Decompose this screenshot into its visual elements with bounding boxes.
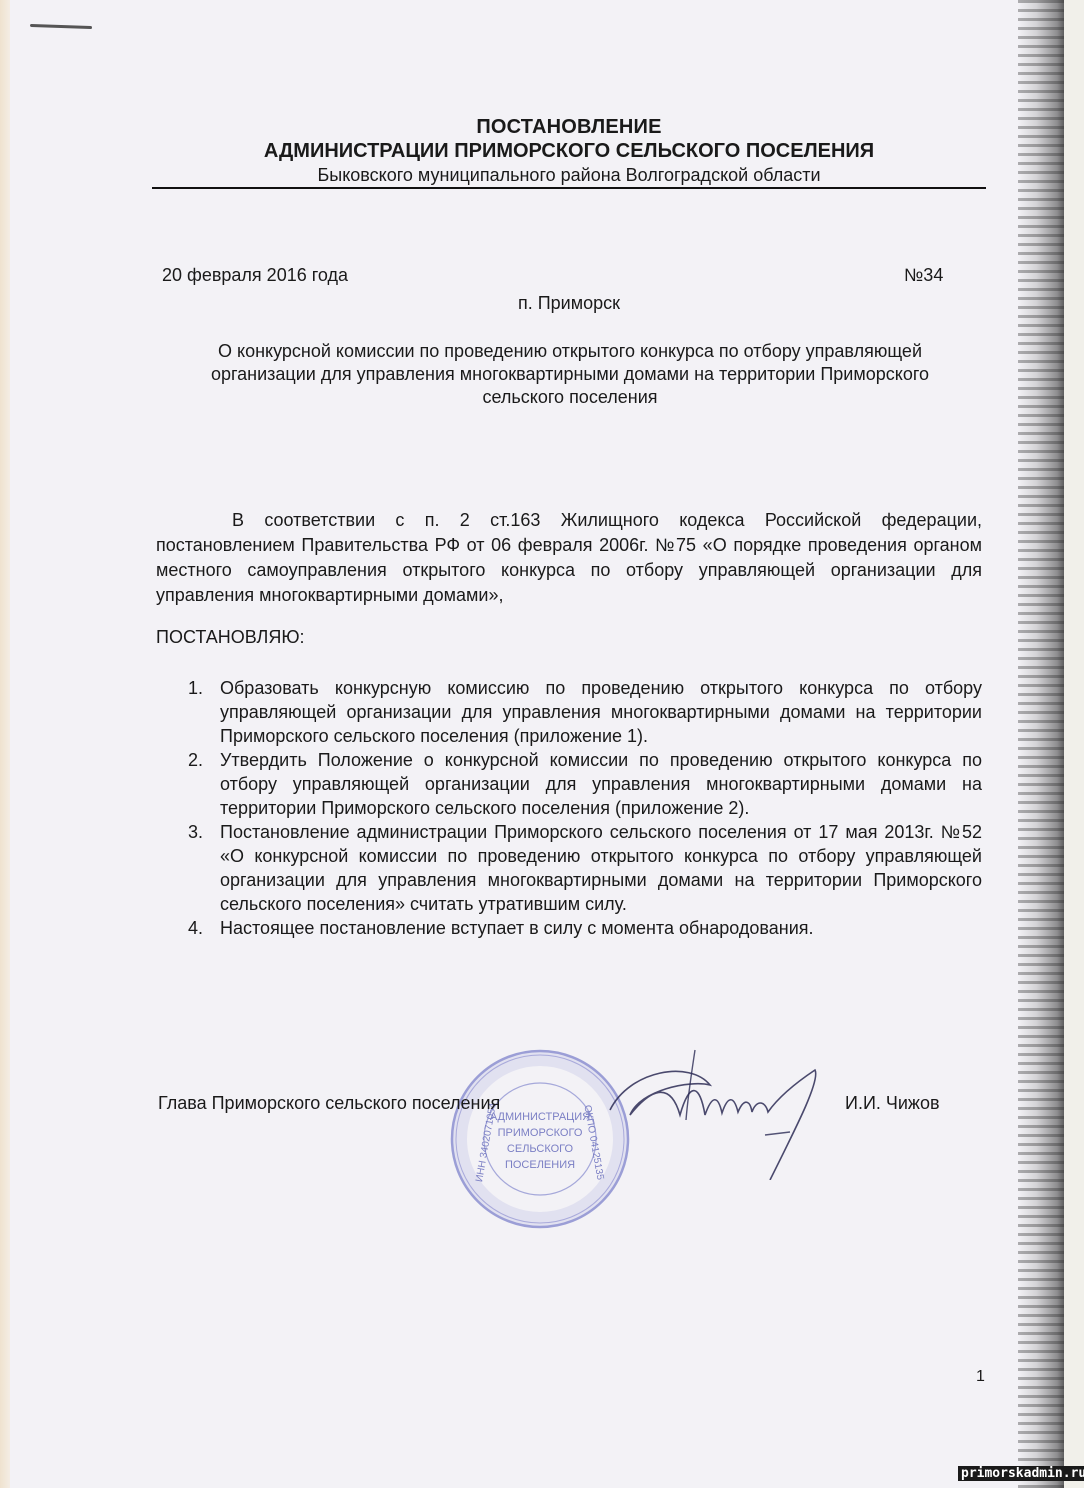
resolution-item: 1. Образовать конкурсную комиссию по про… [156,676,982,748]
document-place: п. Приморск [152,293,986,314]
stamp-line: АДМИНИСТРАЦИЯ [490,1111,590,1123]
item-number: 4. [188,916,203,940]
document-date: 20 февраля 2016 года [162,265,348,286]
resolution-item: 4. Настоящее постановление вступает в си… [156,916,982,940]
stamp-line: СЕЛЬСКОГО [507,1143,574,1155]
resolution-item: 2. Утвердить Положение о конкурсной коми… [156,748,982,820]
document-page: ПОСТАНОВЛЕНИЕ АДМИНИСТРАЦИИ ПРИМОРСКОГО … [0,0,1084,1488]
document-subject: О конкурсной комиссии по проведению откр… [170,340,970,409]
document-issuer: АДМИНИСТРАЦИИ ПРИМОРСКОГО СЕЛЬСКОГО ПОСЕ… [152,140,986,163]
header-divider [152,187,986,189]
signatory-name: И.И. Чижов [845,1093,940,1114]
item-text: Постановление администрации Приморского … [220,822,982,914]
signature-icon [600,1040,840,1180]
site-watermark: primorskadmin.ru [958,1466,1084,1481]
stamp-line: ПРИМОРСКОГО [498,1127,583,1139]
item-number: 1. [188,676,203,700]
item-text: Образовать конкурсную комиссию по провед… [220,678,982,746]
signatory-position: Глава Приморского сельского поселения [158,1093,500,1114]
page-number: 1 [976,1368,985,1386]
preamble: В соответствии с п. 2 ст.163 Жилищного к… [156,508,982,608]
stamp-line: ПОСЕЛЕНИЯ [505,1159,575,1171]
item-text: Настоящее постановление вступает в силу … [220,918,814,938]
document-number: №34 [904,265,943,286]
item-number: 2. [188,748,203,772]
resolution-items: 1. Образовать конкурсную комиссию по про… [156,676,982,940]
resolve-label: ПОСТАНОВЛЯЮ: [156,627,305,648]
document-district: Быковского муниципального района Волгогр… [152,165,986,186]
resolution-item: 3. Постановление администрации Приморско… [156,820,982,916]
preamble-text: В соответствии с п. 2 ст.163 Жилищного к… [156,508,982,608]
document-title: ПОСТАНОВЛЕНИЕ [152,116,986,139]
item-number: 3. [188,820,203,844]
item-text: Утвердить Положение о конкурсной комисси… [220,750,982,818]
